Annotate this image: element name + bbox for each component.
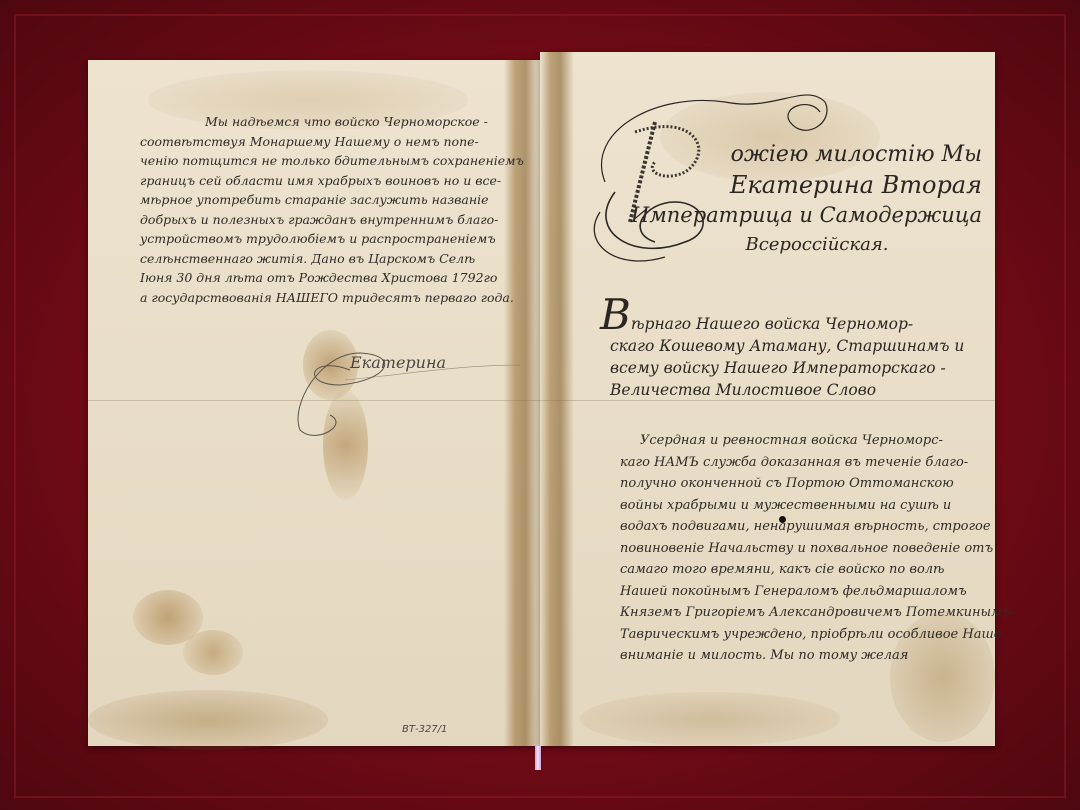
title-block: ожіею милостію Мы Екатерина Вторая Импер… [612,140,982,260]
text-line: Нашей покойнымъ Генераломъ фельдмаршалом… [620,581,990,603]
text-line: повиновеніе Начальству и похвальное пове… [620,538,990,560]
text-line: получно оконченной съ Портою Оттоманскою [620,473,990,495]
text-line: водахъ подвигами, ненарушимая вѣрность, … [620,516,990,538]
text-line: Княземъ Григоріемъ Александровичемъ Поте… [620,602,990,624]
water-stain [183,630,243,675]
text-line: селѣнственнаго житія. Дано въ Царскомъ С… [110,249,530,269]
address-block: Вѣрнаго Нашего войска Черномор- скаго Ко… [600,300,985,401]
address-line: скаго Кошевому Атаману, Старшинамъ и [600,335,985,357]
address-initial: В [600,290,631,339]
title-line: Екатерина Вторая [612,170,982,200]
right-page-text: Усердная и ревностная войска Черноморс- … [620,430,990,667]
inventory-number: ВТ-327/1 [402,724,447,735]
text-line: устройствомъ трудолюбіемъ и распростране… [110,229,530,249]
ink-blot [779,516,786,523]
signature-text: Екатерина [350,353,446,372]
text-line: самаго того времяни, какъ сіе войско по … [620,559,990,581]
text-line: добрыхъ и полезныхъ гражданъ внутреннимъ… [110,210,530,230]
water-stain [580,692,840,746]
binding-ribbon [535,746,541,770]
text-line: вниманіе и милость. Мы по тому желая [620,645,990,667]
text-line: а государствованія НАШЕГО тридесятъ перв… [110,288,530,308]
address-line: всему войску Нашего Императорскаго - [600,357,985,379]
text-line: войны храбрыми и мужественными на сушѣ и [620,495,990,517]
text-line: границъ сей области имя храбрыхъ воиновъ… [110,171,530,191]
text-line: Усердная и ревностная войска Черноморс- [620,430,990,452]
title-line: Императрица и Самодержица [612,200,982,230]
address-line-text: ѣрнаго Нашего войска Черномор- [631,315,913,333]
water-stain [133,590,203,645]
address-line: Величества Милостивое Слово [600,379,985,401]
title-line: Всероссійская. [612,230,982,260]
text-line: ченію потщится не только бдительнымъ сох… [110,151,530,171]
text-line: соотвѣтствуя Монаршему Нашему о немъ поп… [110,132,530,152]
water-stain [88,690,328,750]
text-line: мѣрное употребить стараніе заслужить наз… [110,190,530,210]
address-line: Вѣрнаго Нашего войска Черномор- [600,300,985,335]
signature: Екатерина [290,345,530,445]
title-line: ожіею милостію Мы [612,140,982,170]
text-line: каго НАМЪ служба доказанная въ теченіе б… [620,452,990,474]
text-line: Іюня 30 дня лѣта отъ Рождества Христова … [110,268,530,288]
text-line: Мы надѣемся что войско Черноморское - [110,112,530,132]
spine-stain [540,52,574,746]
text-line: Таврическимъ учреждено, пріобрѣли особли… [620,624,990,646]
left-page-text: Мы надѣемся что войско Черноморское - со… [110,112,530,307]
